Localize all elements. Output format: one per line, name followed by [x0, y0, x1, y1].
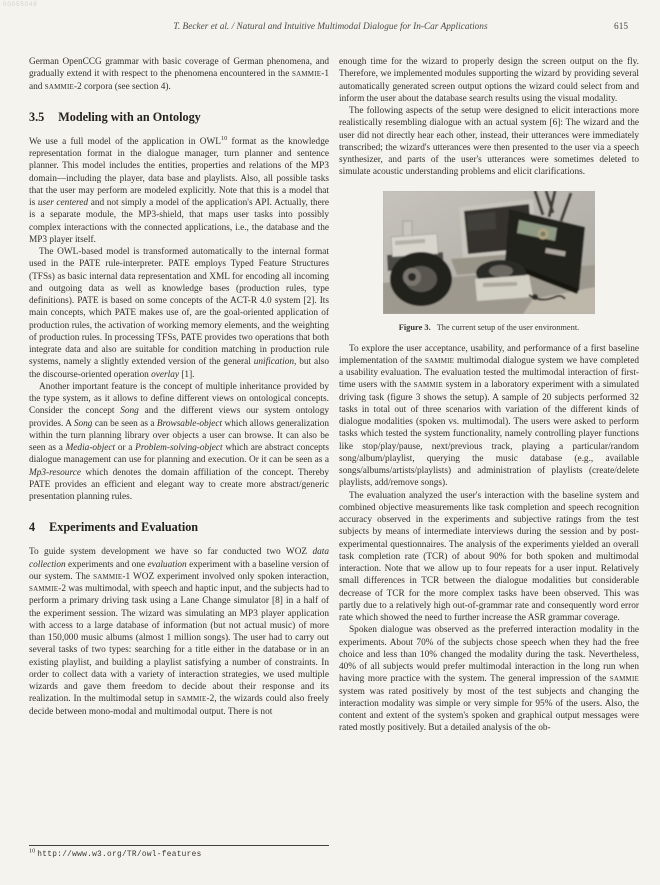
figure-3-photo	[383, 191, 595, 314]
paragraph-experiments: To guide system development we have so f…	[29, 546, 329, 718]
paragraph-intro-continuation: German OpenCCG grammar with basic covera…	[29, 56, 329, 93]
figure-label: Figure 3.	[399, 323, 431, 332]
footnote-text: 10 http://www.w3.org/TR/owl-features	[29, 849, 329, 859]
figure-3: Figure 3.The current setup of the user e…	[339, 191, 639, 333]
footnote: 10 http://www.w3.org/TR/owl-features	[29, 845, 329, 859]
right-column: enough time for the wizard to properly d…	[339, 56, 639, 735]
running-header: T. Becker et al. / Natural and Intuitive…	[29, 22, 632, 36]
scan-watermark: 00055048	[3, 2, 38, 8]
page-number: 615	[614, 22, 628, 32]
section-title: Experiments and Evaluation	[49, 520, 198, 534]
white-box	[475, 275, 533, 301]
footnote-rule	[29, 845, 329, 846]
footnote-marker: 10	[29, 847, 35, 854]
section-number: 4	[29, 520, 35, 534]
footnote-url: http://www.w3.org/TR/owl-features	[37, 851, 201, 859]
paragraph-owl-model: We use a full model of the application i…	[29, 136, 329, 246]
paragraph-inheritance: Another important feature is the concept…	[29, 381, 329, 504]
section-title: Modeling with an Ontology	[58, 110, 201, 124]
left-column: German OpenCCG grammar with basic covera…	[29, 56, 329, 718]
figure-caption-text: The current setup of the user environmen…	[437, 323, 580, 332]
paragraph-usability: To explore the user acceptance, usabilit…	[339, 343, 639, 490]
section-heading-3-5: 3.5Modeling with an Ontology	[29, 110, 329, 124]
running-title: T. Becker et al. / Natural and Intuitive…	[29, 22, 632, 32]
paragraph-analysis: The evaluation analyzed the user's inter…	[339, 490, 639, 625]
paragraph-wizard-time: enough time for the wizard to properly d…	[339, 56, 639, 105]
section-heading-4: 4Experiments and Evaluation	[29, 520, 329, 534]
figure-caption: Figure 3.The current setup of the user e…	[339, 323, 639, 333]
section-number: 3.5	[29, 110, 44, 124]
user-environment-photo	[383, 191, 595, 314]
paragraph-pate: The OWL-based model is transformed autom…	[29, 246, 329, 381]
paragraph-setup-aspects: The following aspects of the setup were …	[339, 105, 639, 179]
paragraph-spoken-dialogue: Spoken dialogue was observed as the pref…	[339, 624, 639, 734]
paper-page: 00055048 T. Becker et al. / Natural and …	[0, 0, 660, 885]
